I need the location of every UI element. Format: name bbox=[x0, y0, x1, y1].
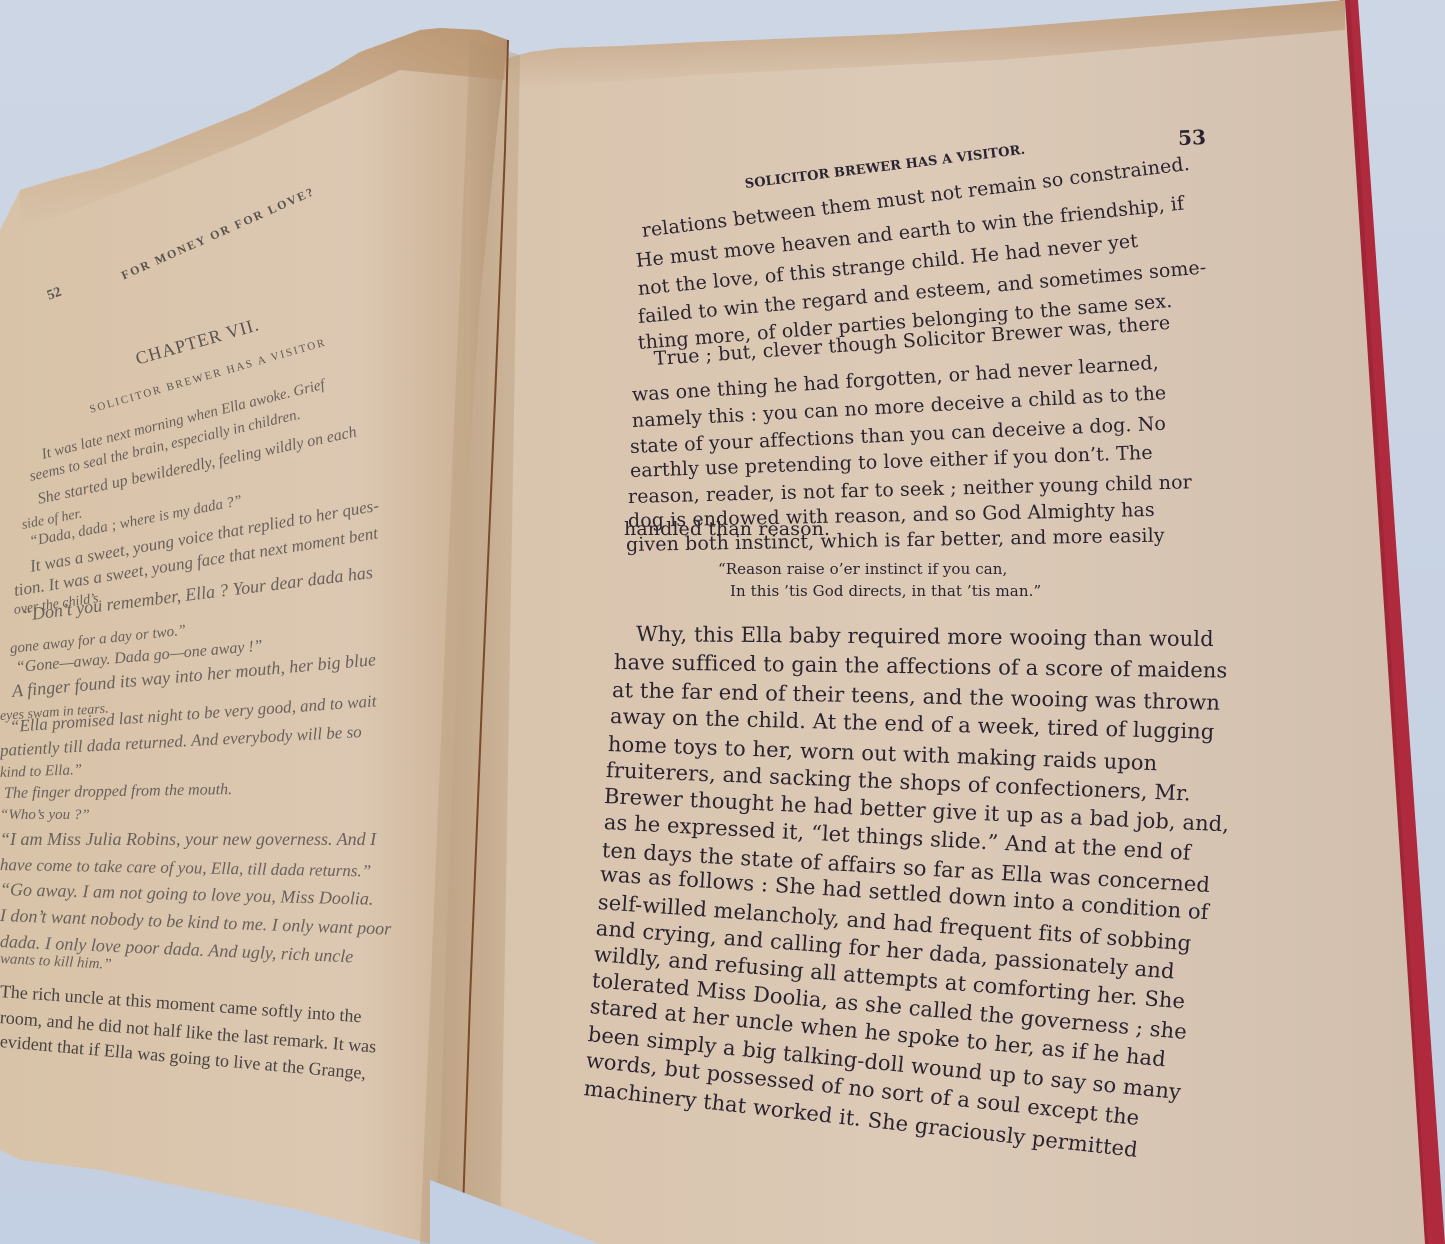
right-page-number: 53 bbox=[1178, 127, 1207, 148]
verse-line: In this ’tis God directs, in that ’tis m… bbox=[730, 584, 1041, 599]
right-page-text: SOLICITOR BREWER HAS A VISITOR. 53 relat… bbox=[0, 0, 1445, 1244]
text-line: have sufficed to gain the affections of … bbox=[614, 652, 1228, 682]
text-line: handled than reason. bbox=[624, 520, 830, 539]
verse-line: “Reason raise o’er instinct if you can, bbox=[718, 562, 1007, 577]
text-line: Why, this Ella baby required more wooing… bbox=[636, 624, 1214, 650]
book-photo: FOR MONEY OR FOR LOVE? 52 CHAPTER VII. S… bbox=[0, 0, 1445, 1244]
